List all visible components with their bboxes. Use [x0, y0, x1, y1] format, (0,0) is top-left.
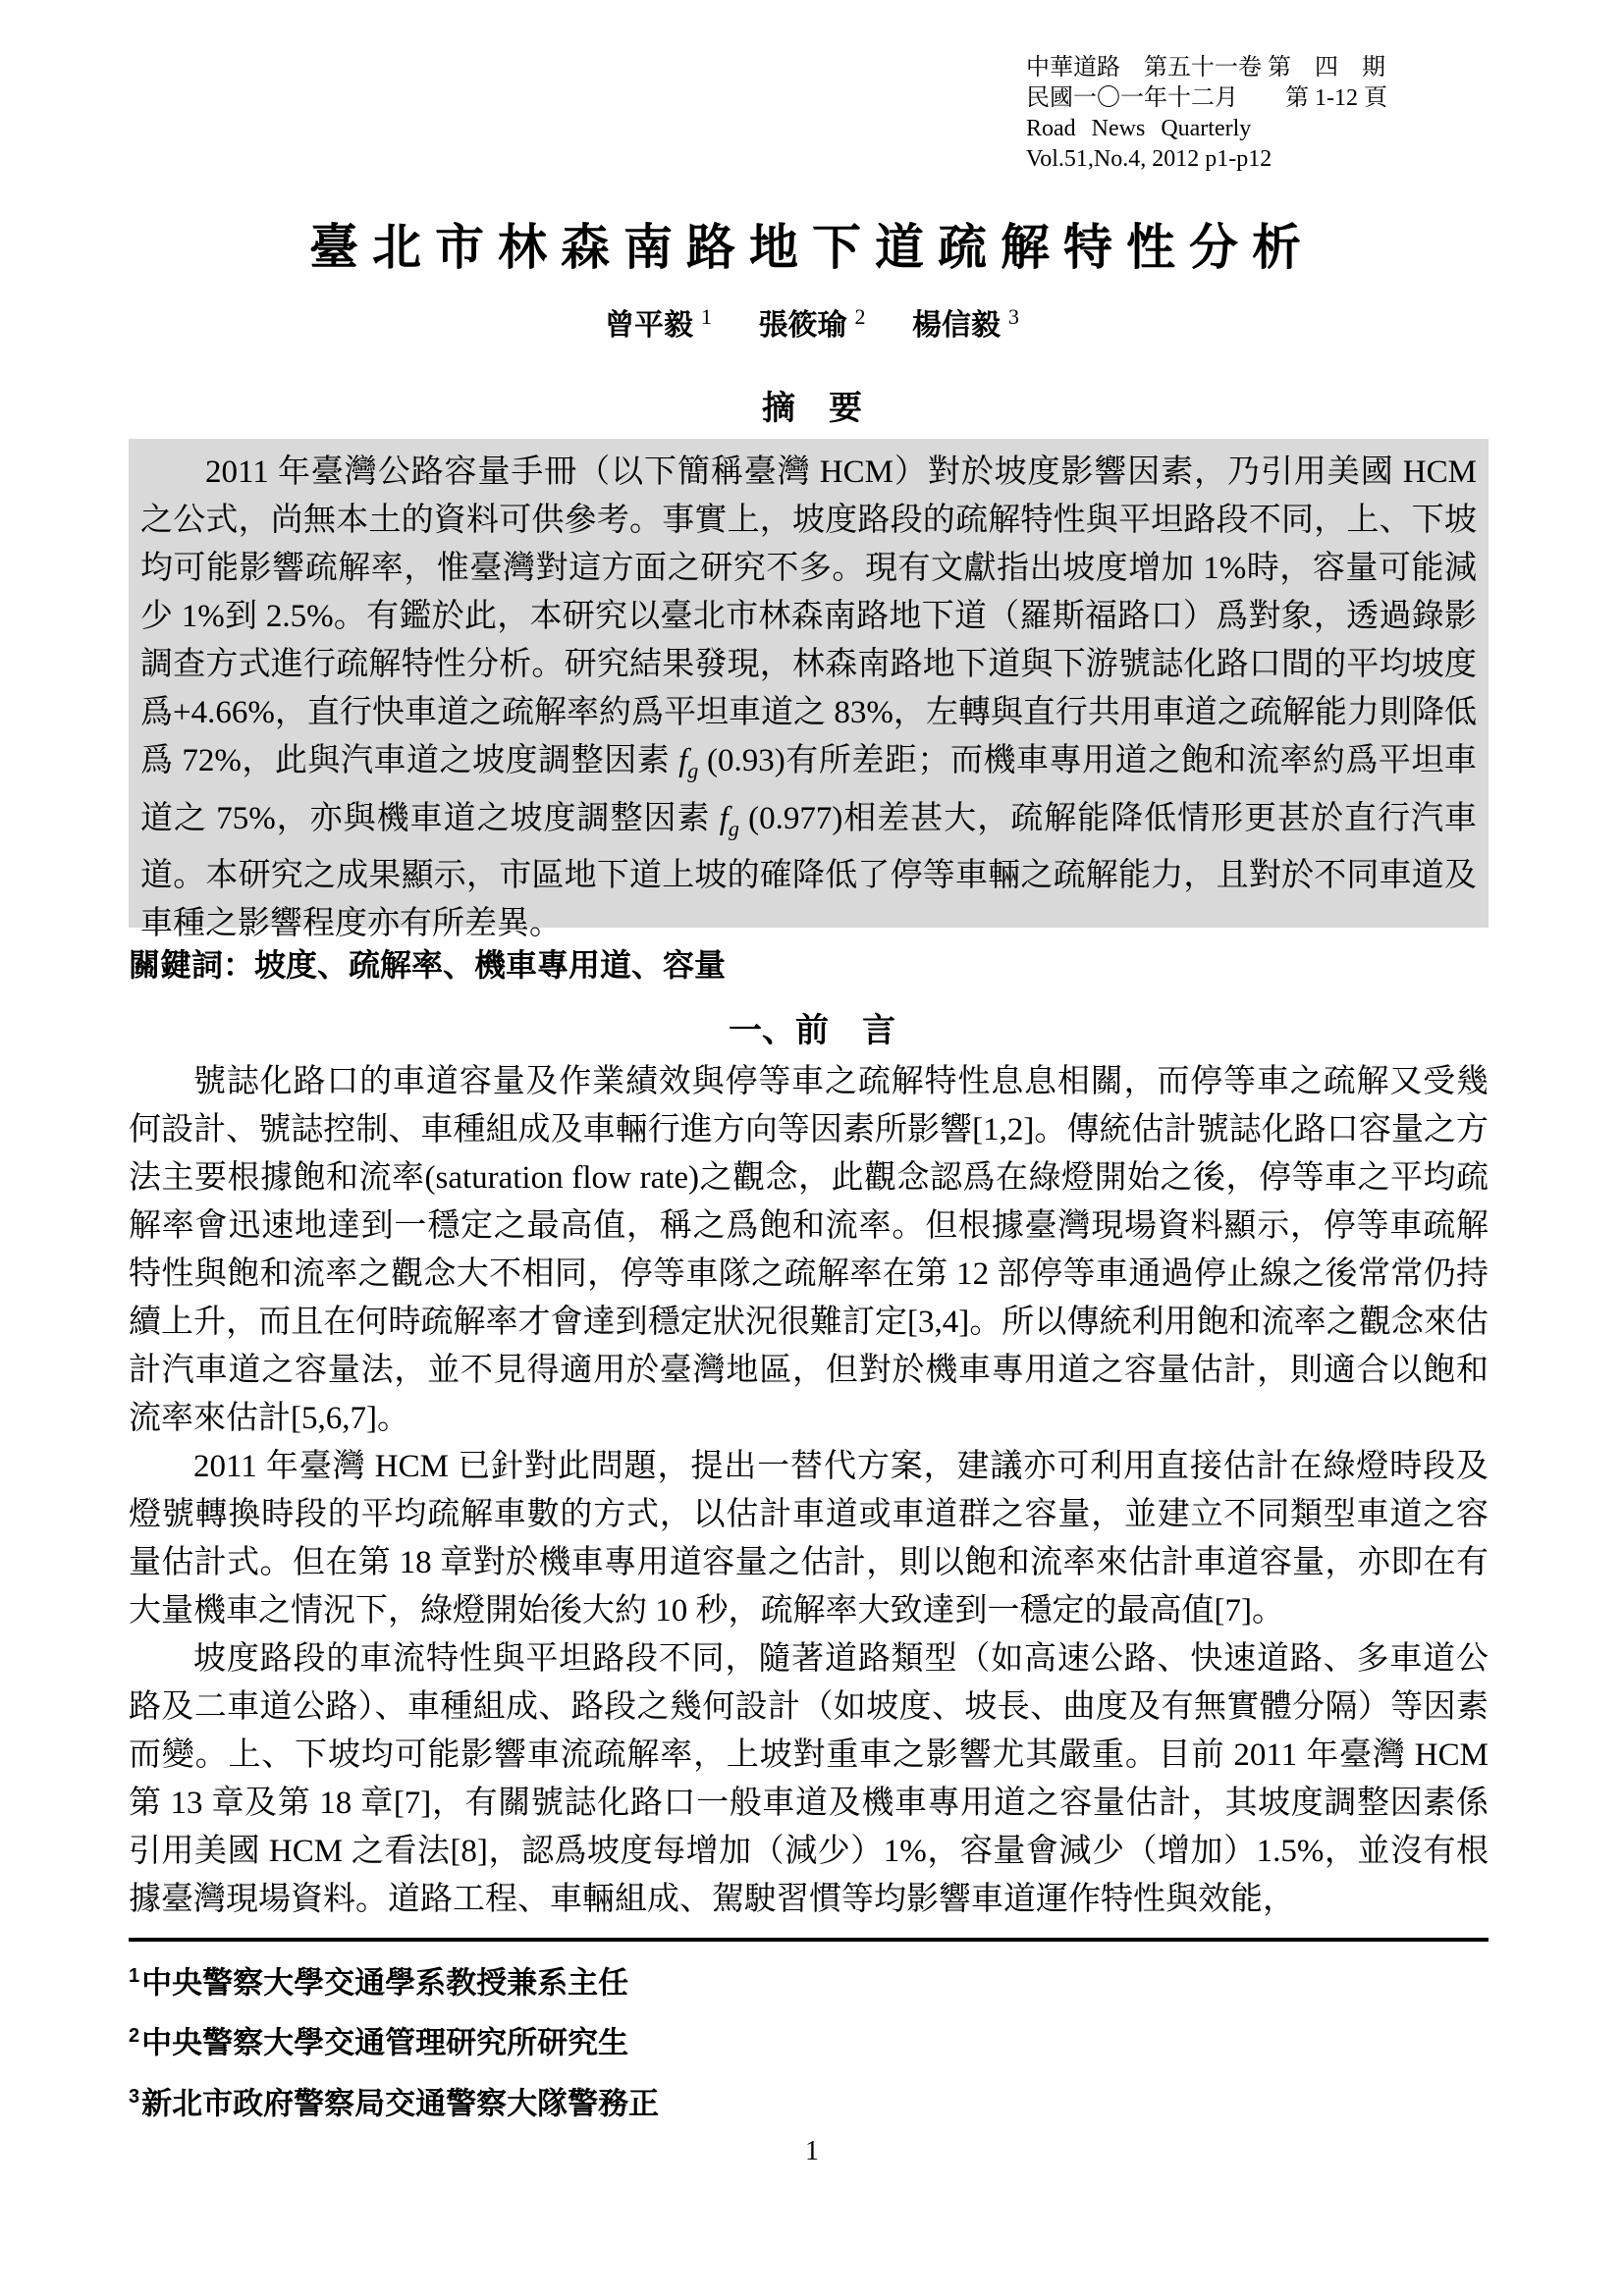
footnote-3-mark: 3	[129, 2086, 139, 2108]
author-2-footnote-mark: 2	[855, 304, 866, 329]
grade-factor-symbol-1: f	[678, 743, 687, 778]
abstract-text: 2011 年臺灣公路容量手冊（以下簡稱臺灣 HCM）對於坡度影響因素，乃引用美國…	[140, 449, 1477, 948]
footnote-3: 3新北市政府警察局交通警察大隊警務正	[129, 2070, 659, 2130]
paragraph-1: 號誌化路口的車道容量及作業績效與停等車之疏解特性息息相關，而停等車之疏解又受幾何…	[129, 1058, 1489, 1443]
footnote-3-text: 新北市政府警察局交通警察大隊警務正	[141, 2086, 659, 2120]
grade-factor-symbol-2: f	[720, 801, 729, 836]
footnote-2-text: 中央警察大學交通管理研究所研究生	[141, 2026, 628, 2060]
abstract-seg1: 2011 年臺灣公路容量手冊（以下簡稱臺灣 HCM）對於坡度影響因素，乃引用美國…	[140, 454, 1477, 778]
page-number: 1	[0, 2136, 1624, 2167]
author-1-name: 曾平毅	[605, 309, 693, 342]
keywords-line: 關鍵詞：坡度、疏解率、機車專用道、容量	[129, 940, 726, 986]
journal-header-line2: 民國一〇一年十二月 第 1-12 頁	[1026, 83, 1387, 114]
footnote-separator-rule	[129, 1938, 1489, 1942]
journal-header-line3: Road News Quarterly	[1026, 114, 1387, 144]
author-3: 楊信毅3	[912, 309, 1019, 342]
footnote-1: 1中央警察大學交通學系教授兼系主任	[129, 1949, 659, 2009]
footnote-2: 2中央警察大學交通管理研究所研究生	[129, 2009, 659, 2069]
author-1: 曾平毅1	[605, 309, 712, 342]
author-2-name: 張筱瑜	[759, 309, 847, 342]
journal-header: 中華道路 第五十一卷 第 四 期 民國一〇一年十二月 第 1-12 頁 Road…	[1026, 53, 1387, 175]
author-3-name: 楊信毅	[912, 309, 1001, 342]
paragraph-2: 2011 年臺灣 HCM 已針對此問題，提出一替代方案，建議亦可利用直接估計在綠…	[129, 1443, 1489, 1635]
author-2: 張筱瑜2	[759, 309, 866, 342]
paragraph-3: 坡度路段的車流特性與平坦路段不同，隨著道路類型（如高速公路、快速道路、多車道公路…	[129, 1635, 1489, 1924]
section1-heading: 一、前 言	[0, 1003, 1624, 1051]
grade-factor-subscript-1: g	[687, 759, 698, 783]
abstract-heading: 摘 要	[0, 381, 1624, 429]
author-line: 曾平毅1 張筱瑜2 楊信毅3	[0, 300, 1624, 344]
document-page: 中華道路 第五十一卷 第 四 期 民國一〇一年十二月 第 1-12 頁 Road…	[0, 0, 1624, 2296]
author-3-footnote-mark: 3	[1008, 304, 1019, 329]
author-1-footnote-mark: 1	[701, 304, 712, 329]
paper-title: 臺北市林森南路地下道疏解特性分析	[0, 208, 1624, 279]
journal-header-line4: Vol.51,No.4, 2012 p1-p12	[1026, 144, 1387, 175]
footnote-1-mark: 1	[129, 1965, 139, 1987]
footnote-1-text: 中央警察大學交通學系教授兼系主任	[141, 1965, 628, 2000]
journal-header-line1: 中華道路 第五十一卷 第 四 期	[1026, 53, 1387, 83]
grade-factor-subscript-2: g	[729, 816, 739, 840]
footnotes: 1中央警察大學交通學系教授兼系主任 2中央警察大學交通管理研究所研究生 3新北市…	[129, 1949, 659, 2130]
body-text: 號誌化路口的車道容量及作業績效與停等車之疏解特性息息相關，而停等車之疏解又受幾何…	[129, 1058, 1489, 1924]
footnote-2-mark: 2	[129, 2025, 139, 2047]
abstract-box: 2011 年臺灣公路容量手冊（以下簡稱臺灣 HCM）對於坡度影響因素，乃引用美國…	[129, 439, 1489, 928]
